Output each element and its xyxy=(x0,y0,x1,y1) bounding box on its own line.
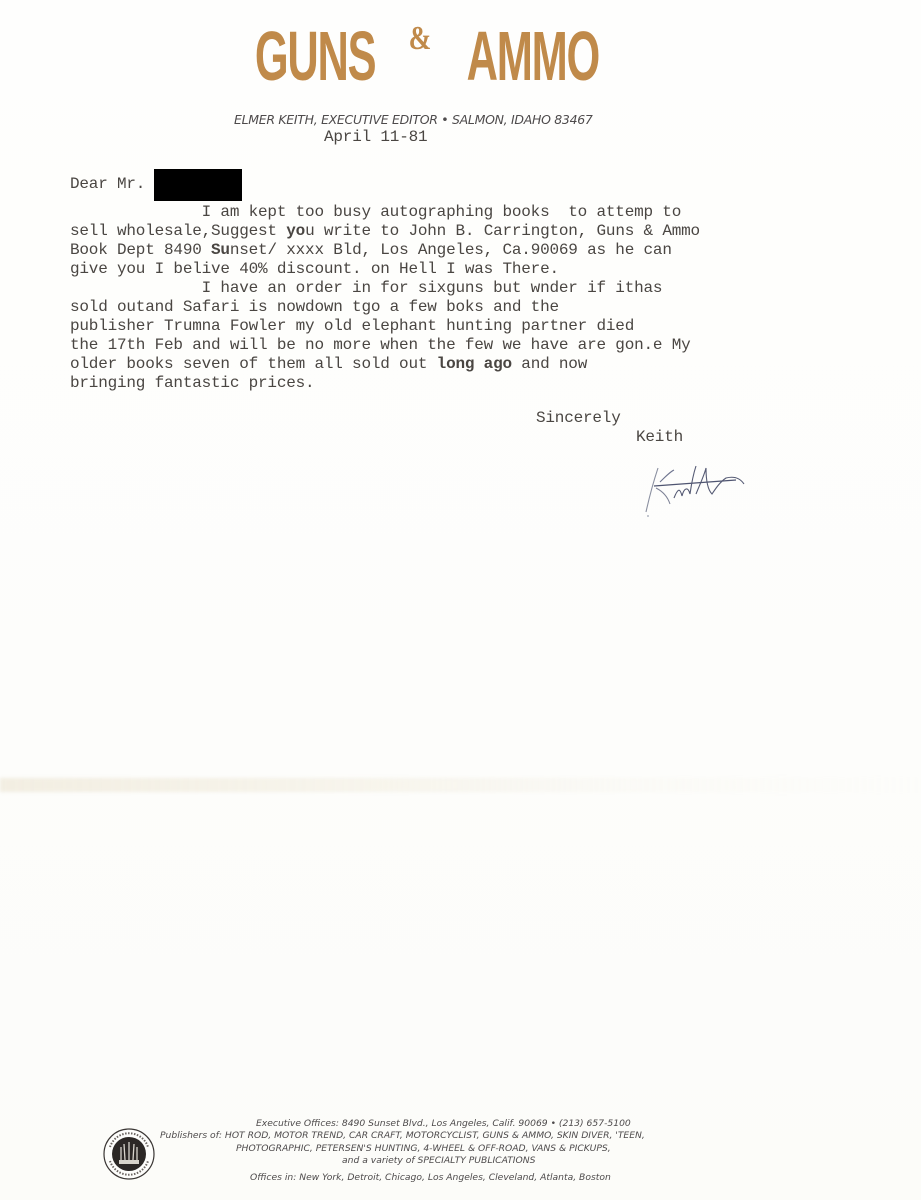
closing: Sincerely xyxy=(536,409,621,428)
logo-ampersand: & xyxy=(409,22,430,56)
letter-body: I am kept too busy autographing books to… xyxy=(70,203,700,393)
publications-line-2: PHOTOGRAPHIC, PETERSEN'S HUNTING, 4-WHEE… xyxy=(160,1143,780,1155)
letter-body-line: sell wholesale,Suggest you write to John… xyxy=(70,222,700,241)
body-text: u write to John B. Carrington, Guns & Am… xyxy=(305,222,700,240)
redacted-recipient-name xyxy=(154,169,242,201)
body-text: the 17th Feb and will be no more when th… xyxy=(70,336,691,354)
body-text: nset/ xxxx Bld, Los Angeles, Ca.90069 as… xyxy=(230,241,672,259)
body-text: sell wholesale,Suggest xyxy=(70,222,286,240)
body-text: publisher Trumna Fowler my old elephant … xyxy=(70,317,634,335)
guns-and-ammo-logo: GUNS & AMMO xyxy=(284,20,574,92)
letter-body-line: sold outand Safari is nowdown tgo a few … xyxy=(70,298,700,317)
letter-body-line: older books seven of them all sold out l… xyxy=(70,355,700,374)
body-text: and now xyxy=(512,355,587,373)
signoff-name: Keith xyxy=(636,428,683,447)
publisher-footer: Executive Offices: 8490 Sunset Blvd., Lo… xyxy=(160,1118,780,1184)
body-text: Book Dept 8490 xyxy=(70,241,211,259)
letter-page: GUNS & AMMO ELMER KEITH, EXECUTIVE EDITO… xyxy=(0,0,921,1200)
letter-body-line: publisher Trumna Fowler my old elephant … xyxy=(70,317,700,336)
publications-line-3: and a variety of SPECIALTY PUBLICATIONS xyxy=(160,1155,780,1167)
executive-offices-line: Executive Offices: 8490 Sunset Blvd., Lo… xyxy=(160,1118,780,1130)
salutation-text: Dear Mr. xyxy=(70,175,145,194)
office-locations-line: Offices in: New York, Detroit, Chicago, … xyxy=(160,1172,780,1184)
body-text: I have an order in for sixguns but wnder… xyxy=(70,279,662,297)
salutation: Dear Mr. xyxy=(70,168,242,200)
letter-body-line: I am kept too busy autographing books to… xyxy=(70,203,700,222)
letter-body-line: I have an order in for sixguns but wnder… xyxy=(70,279,700,298)
body-text: bringing fantastic prices. xyxy=(70,374,314,392)
paper-fold-crease xyxy=(0,778,921,792)
letter-body-line: give you I belive 40% discount. on Hell … xyxy=(70,260,700,279)
body-text: sold outand Safari is nowdown tgo a few … xyxy=(70,298,559,316)
body-text: I am kept too busy autographing books to… xyxy=(70,203,681,221)
letter-date: April 11-81 xyxy=(324,128,427,147)
logo-word-ammo: AMMO xyxy=(467,20,599,92)
letter-body-line: the 17th Feb and will be no more when th… xyxy=(70,336,700,355)
overstruck-text: Su xyxy=(211,241,230,259)
editor-address-line: ELMER KEITH, EXECUTIVE EDITOR • SALMON, … xyxy=(234,112,593,127)
body-text: older books seven of them all sold out xyxy=(70,355,437,373)
letter-body-line: bringing fantastic prices. xyxy=(70,374,700,393)
overstruck-text: yo xyxy=(286,222,305,240)
logo-word-guns: GUNS xyxy=(255,20,375,92)
handwritten-signature xyxy=(640,458,750,522)
publications-line-1: Publishers of: HOT ROD, MOTOR TREND, CAR… xyxy=(160,1130,780,1142)
letter-body-line: Book Dept 8490 Sunset/ xxxx Bld, Los Ang… xyxy=(70,241,700,260)
petersen-publishing-seal-icon xyxy=(102,1127,156,1181)
overstruck-text: long ago xyxy=(437,355,512,373)
body-text: give you I belive 40% discount. on Hell … xyxy=(70,260,559,278)
